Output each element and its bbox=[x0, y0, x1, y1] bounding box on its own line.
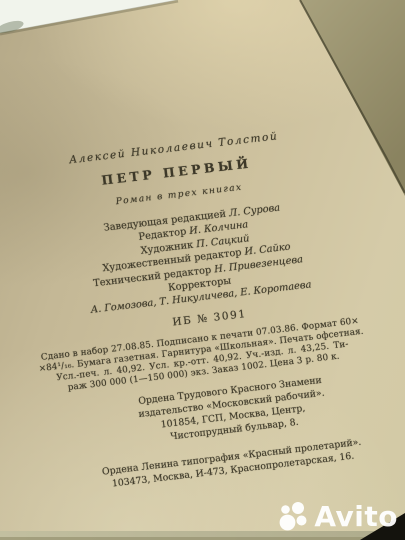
watermark: Avito bbox=[279, 502, 398, 531]
book-photo: Алексей Николаевич Толстой ПЕТР ПЕРВЫЙ Р… bbox=[0, 0, 405, 540]
colophon-text: Алексей Николаевич Толстой ПЕТР ПЕРВЫЙ Р… bbox=[0, 119, 405, 501]
avito-dots-logo-icon bbox=[279, 502, 310, 531]
watermark-brand-text: Avito bbox=[314, 503, 398, 531]
